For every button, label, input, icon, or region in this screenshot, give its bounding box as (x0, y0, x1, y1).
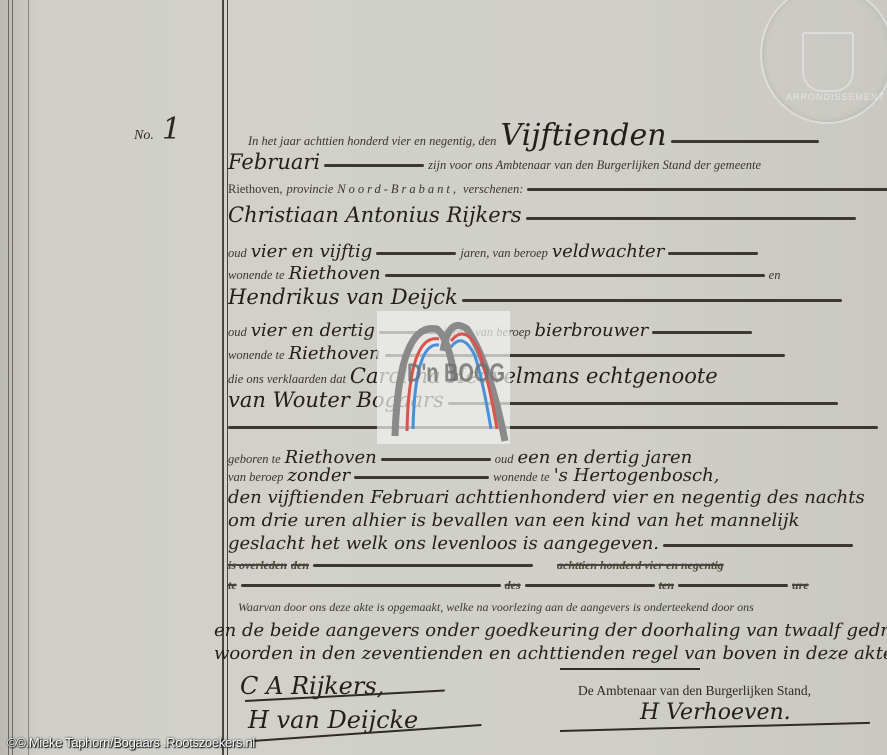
declarant-2-age: vier en dertig (251, 320, 375, 341)
fill-line (354, 476, 489, 479)
signature-underline (560, 668, 700, 670)
binding-line (28, 0, 29, 755)
struck-text: des (505, 578, 521, 592)
binding-line (12, 0, 13, 755)
fill-line (313, 564, 533, 567)
struck-text: ure (792, 578, 809, 592)
printed-text: en (769, 268, 781, 282)
fill-line (241, 584, 501, 587)
watermark-logo: D'n BOOG (377, 311, 510, 444)
fill-line (462, 299, 842, 302)
line-11: van Wouter Bogaars (228, 388, 881, 414)
declarant-2-residence: Riethoven (289, 343, 381, 364)
record-number: 1 (162, 112, 181, 147)
fill-line (663, 544, 853, 547)
fill-line (525, 584, 655, 587)
fill-line (668, 252, 758, 255)
struck-text: den (291, 558, 309, 572)
document-scan: No. 1 ARRONDISSEMENT In het jaar achttie… (0, 0, 887, 755)
struck-text: is overleden (228, 558, 287, 572)
fill-line (228, 426, 878, 429)
fill-line (527, 188, 887, 191)
declarant-1-name: Christiaan Antonius Rijkers (228, 203, 522, 227)
record-number-label: No. (134, 128, 154, 144)
line-7: Hendrikus van Deijck (228, 285, 881, 311)
line-2: Februari zijn voor ons Ambtenaar van den… (228, 150, 881, 176)
declarant-2-name: Hendrikus van Deijck (228, 285, 458, 309)
copyright-notice: ©©.Mieke Taphorn/Bogaars .Rootszoekers.n… (7, 735, 255, 750)
declarant-1-residence: Riethoven (289, 263, 381, 284)
printed-text: van beroep (228, 470, 283, 484)
declarant-2-occupation: bierbrouwer (535, 320, 649, 341)
declarant-1-age: vier en vijftig (251, 241, 373, 262)
line-10: die ons verklaarden dat Carolina Heuvelm… (228, 364, 881, 390)
printed-text: In het jaar achttien honderd vier en neg… (248, 134, 496, 148)
printed-text: oud (228, 246, 247, 260)
handwritten-day: Vijftienden (500, 118, 666, 153)
struck-text: te (228, 578, 237, 592)
handwritten-annotation: en de beide aangevers onder goedkeuring … (214, 620, 887, 641)
watermark-text: D'n BOOG (407, 360, 505, 390)
printed-text: geboren te (228, 452, 281, 466)
printed-place: Riethoven, (228, 182, 283, 196)
declarant-1-occupation: veldwachter (552, 241, 664, 262)
printed-text: wonende te (228, 348, 285, 362)
printed-text: provincie (287, 182, 334, 196)
mother-occupation: zonder (287, 465, 350, 486)
signature-official: H Verhoeven. (640, 700, 791, 725)
printed-text: zijn voor ons Ambtenaar van den Burgerli… (428, 158, 761, 172)
printed-text: wonende te (228, 268, 285, 282)
binding-line (8, 0, 9, 755)
fill-line (652, 331, 752, 334)
printed-text: oud (495, 452, 514, 466)
fill-line (526, 217, 856, 220)
fill-line (385, 274, 765, 277)
fill-line (671, 140, 819, 143)
handwritten-annotation: woorden in den zeventienden en achttiend… (214, 643, 887, 664)
fill-line (376, 252, 456, 255)
handwritten-birth-details: om drie uren alhier is bevallen van een … (228, 510, 800, 531)
line-1: In het jaar achttien honderd vier en neg… (248, 118, 881, 144)
fill-line (381, 458, 491, 461)
fill-line (324, 164, 424, 167)
printed-text: verschenen: (463, 182, 523, 196)
printed-text: die ons verklaarden dat (228, 372, 346, 386)
printed-text: wonende te (493, 470, 550, 484)
mother-residence: 's Hertogenbosch, (554, 465, 720, 486)
line-4: Christiaan Antonius Rijkers (228, 203, 881, 229)
handwritten-month: Februari (228, 150, 320, 174)
struck-text: achttien honderd vier en negentig (557, 558, 724, 572)
seal-text: ARRONDISSEMENT (786, 92, 885, 102)
printed-text: oud (228, 325, 247, 339)
printed-text: jaren, van beroep (460, 246, 548, 260)
handwritten-birth-date: den vijftienden Februari achttienhonderd… (228, 487, 865, 508)
fill-line (678, 584, 788, 587)
printed-province: Noord-Brabant, (337, 182, 459, 196)
official-label: De Ambtenaar van den Burgerlijken Stand, (578, 683, 811, 699)
struck-text: ten (659, 578, 674, 592)
handwritten-stillborn-note: geslacht het welk ons levenloos is aange… (228, 533, 659, 554)
embossed-seal: ARRONDISSEMENT (760, 0, 887, 124)
line-21: woorden in den zeventienden en achttiend… (214, 643, 881, 669)
printed-text: Waarvan door ons deze akte is opgemaakt,… (238, 600, 754, 614)
seal-shield-icon (802, 32, 854, 92)
